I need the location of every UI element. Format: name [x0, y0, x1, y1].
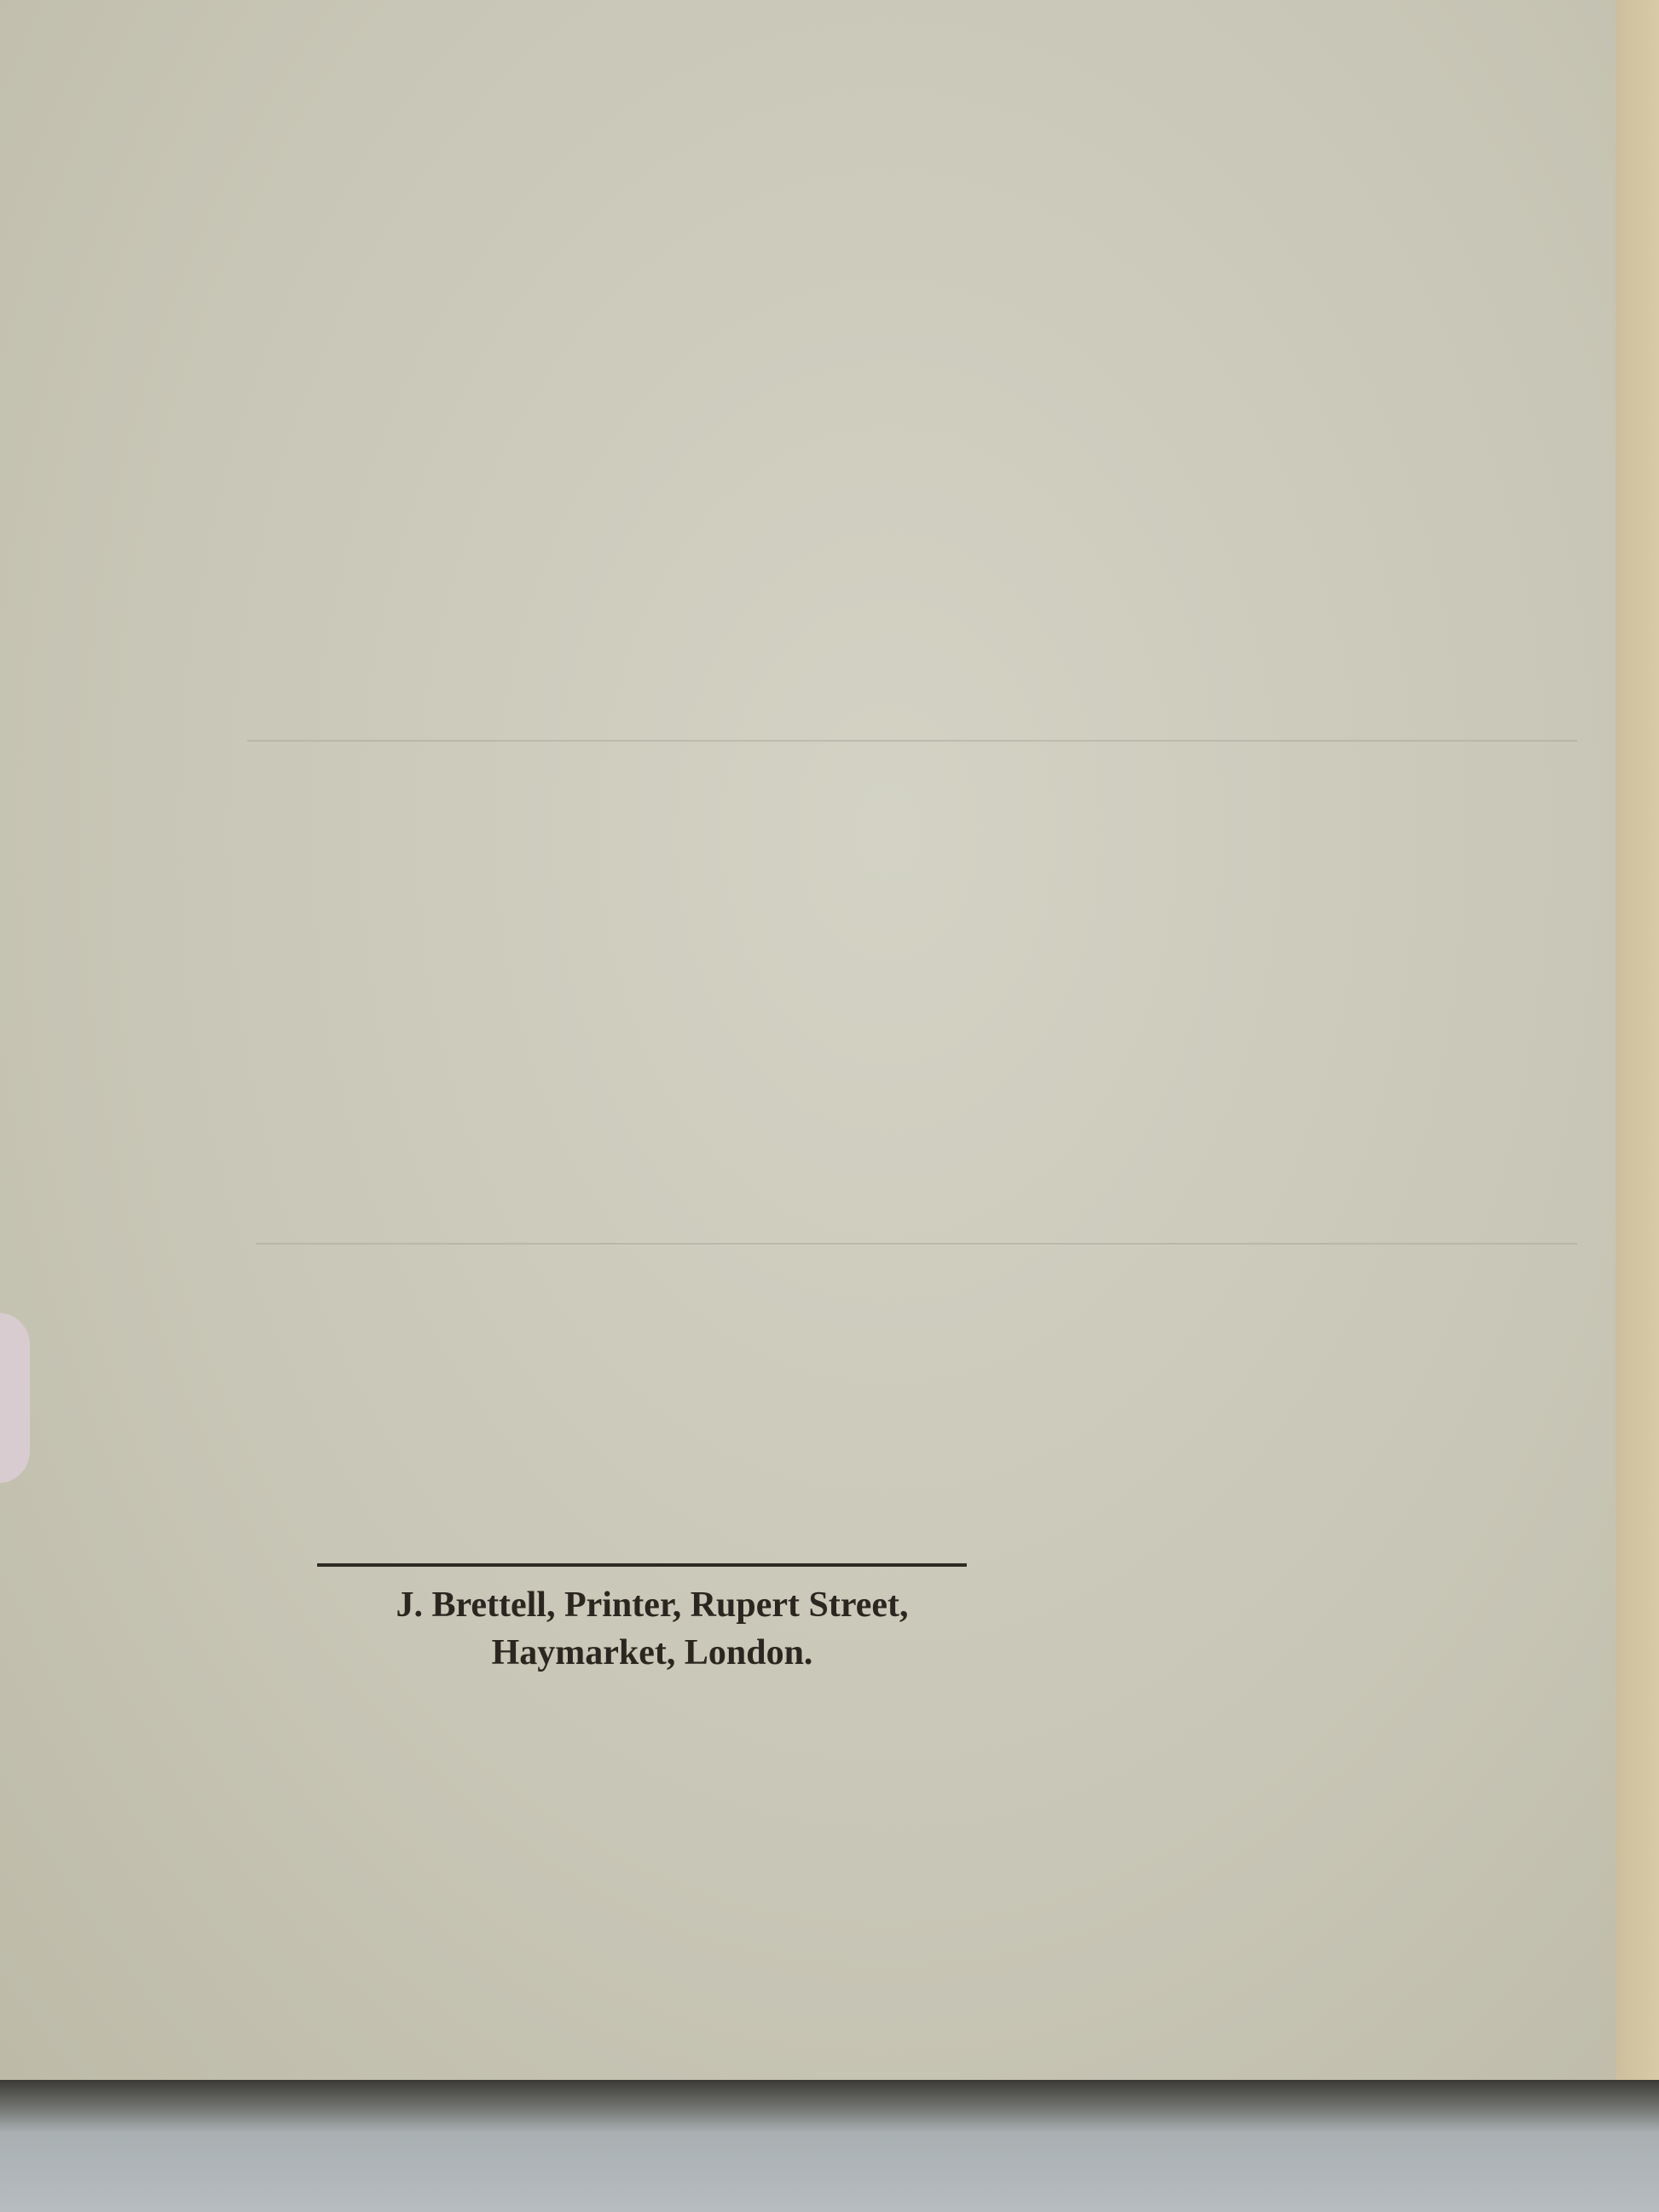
thumb: [0, 1313, 30, 1483]
printer-imprint: J. Brettell, Printer, Rupert Street, Hay…: [303, 1581, 1002, 1677]
show-through-rule: [256, 1243, 1577, 1245]
book-page: J. Brettell, Printer, Rupert Street, Hay…: [0, 0, 1616, 2080]
page-edge: [1616, 0, 1659, 2080]
background-surface: [0, 2080, 1659, 2212]
imprint-line-2: Haymarket, London.: [303, 1629, 1002, 1677]
imprint-line-1: J. Brettell, Printer, Rupert Street,: [303, 1581, 1002, 1629]
imprint-rule: [317, 1563, 967, 1567]
show-through-rule: [247, 740, 1577, 742]
